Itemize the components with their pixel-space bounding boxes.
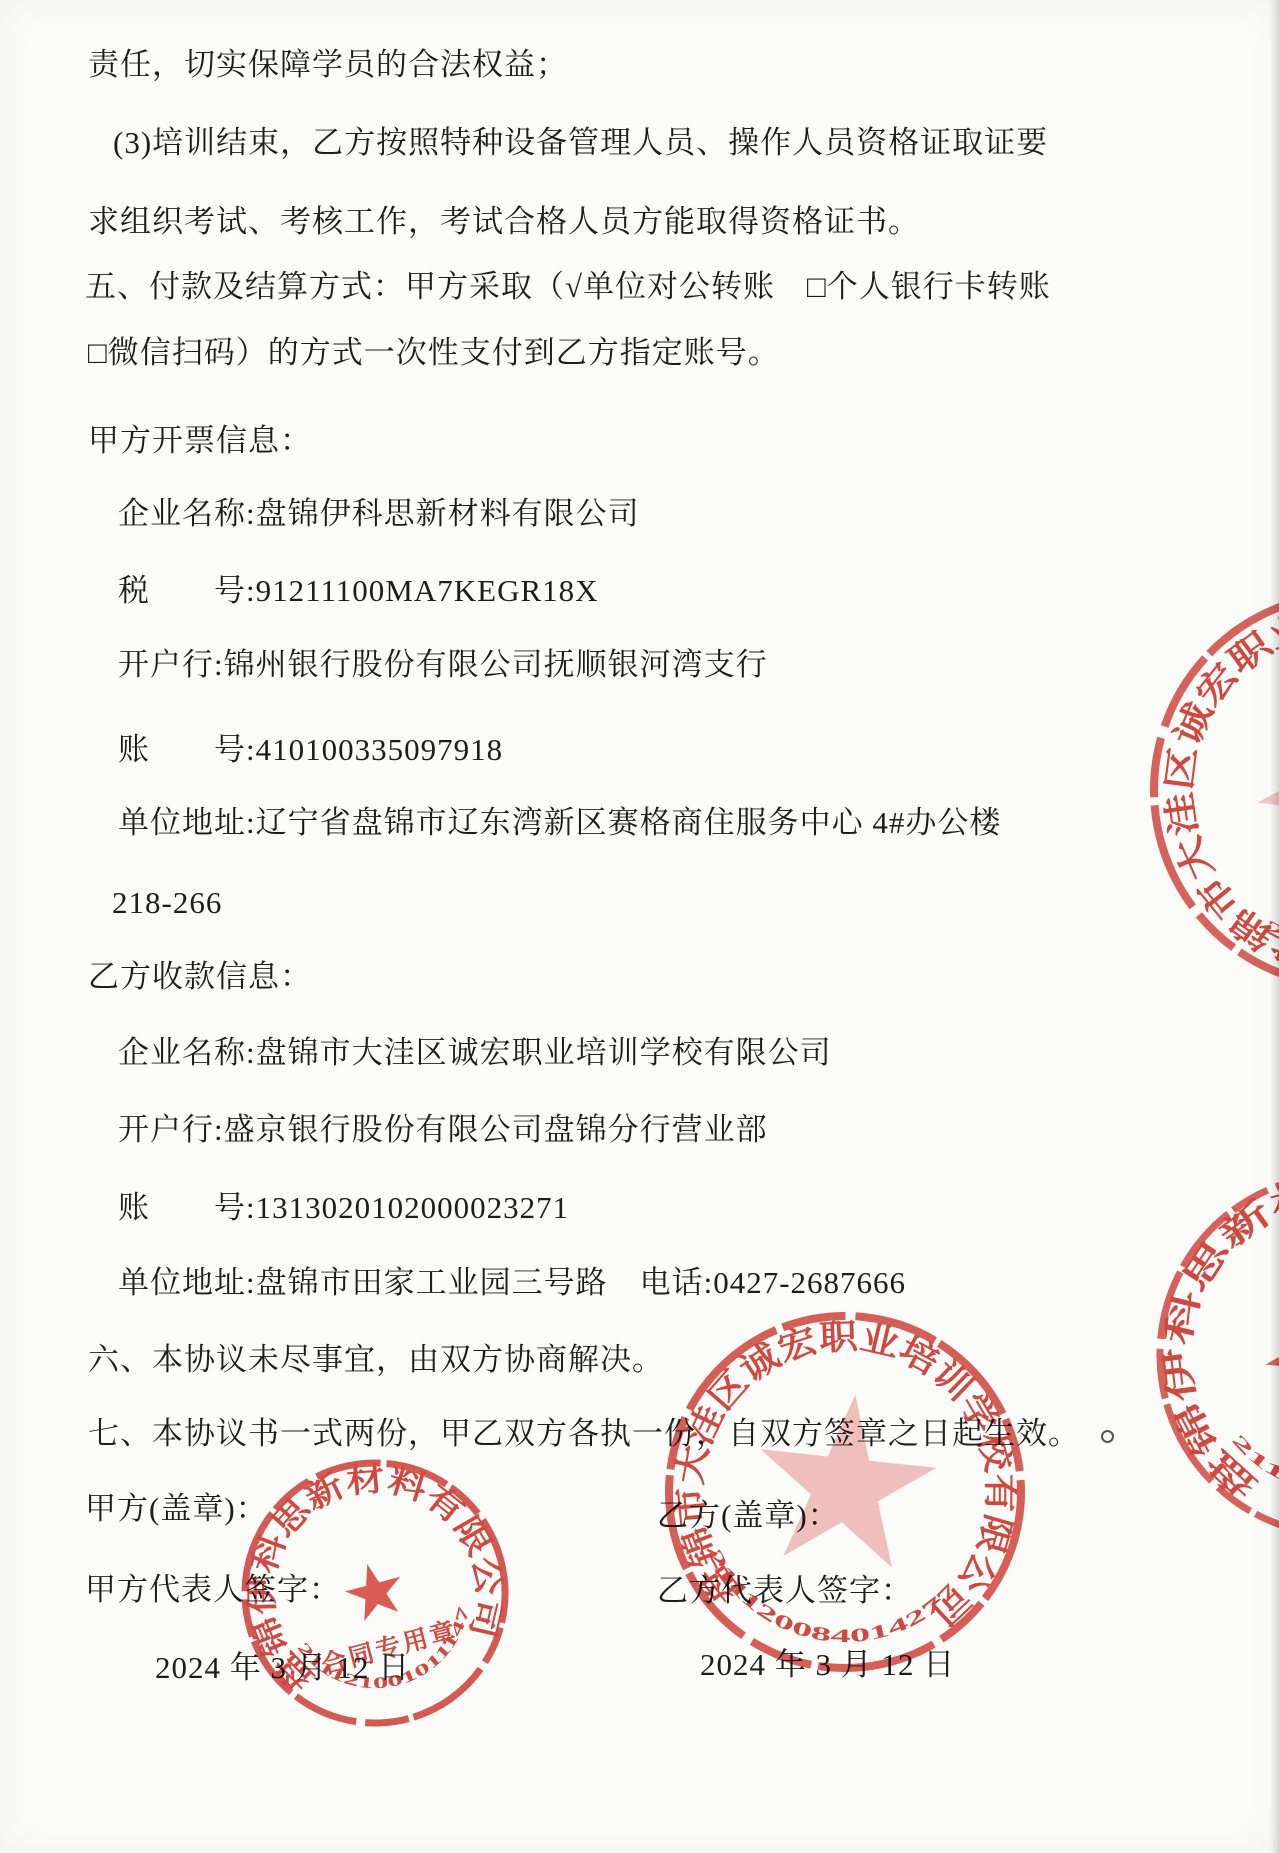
seal-ring (652, 1299, 1039, 1686)
photo-edge-shadow (1270, 0, 1279, 1853)
contract-page: 责任，切实保障学员的合法权益； (3)培训结束，乙方按照特种设备管理人员、操作人… (0, 0, 1279, 1853)
doc-line: (3)培训结束，乙方按照特种设备管理人员、操作人员资格证取证要 (113, 124, 1048, 162)
photo-speck (1101, 1430, 1114, 1443)
party-a-representative-signature-label: 甲方代表人签字： (85, 1571, 341, 1609)
party-b-seal-label: 乙方(盖章)： (657, 1497, 840, 1535)
party-b-account-number: 账 号:1313020102000023271 (118, 1189, 569, 1227)
party-b-bank: 开户行:盛京银行股份有限公司盘锦分行营业部 (118, 1111, 768, 1149)
svg-text:盘锦伊科思新材料有限公司: 盘锦伊科思新材料有限公司 (1140, 1155, 1279, 1518)
party-b-company-name: 企业名称:盘锦市大洼区诚宏职业培训学校有限公司 (118, 1034, 832, 1072)
party-a-address: 单位地址:辽宁省盘锦市辽东湾新区赛格商住服务中心 4#办公楼 (118, 804, 1001, 842)
doc-line-payment-clause: 五、付款及结算方式：甲方采取（√单位对公转账 □个人银行卡转账 (85, 268, 1051, 306)
doc-line: 责任，切实保障学员的合法权益； (88, 46, 568, 84)
party-a-bank: 开户行:锦州银行股份有限公司抚顺银河湾支行 (118, 646, 768, 684)
party-b-representative-signature-label: 乙方代表人签字： (657, 1572, 913, 1610)
party-b-address-phone: 单位地址:盘锦市田家工业园三号路 电话:0427-2687666 (118, 1264, 906, 1302)
seal-star-icon (750, 1385, 944, 1571)
section-title-party-b-payee-info: 乙方收款信息： (88, 958, 312, 996)
party-a-account-number: 账 号:410100335097918 (118, 731, 503, 769)
svg-text:盘锦市大洼区诚宏职业培训学校有限公司: 盘锦市大洼区诚宏职业培训学校有限公司 (1120, 560, 1279, 1005)
party-b-seal-edge-impression: 盘锦市大洼区诚宏职业培训学校有限公司 211120084014277 (1120, 560, 1279, 1020)
seal-ring (1140, 1155, 1279, 1555)
seal-star-icon (340, 1557, 409, 1624)
doc-line-payment-clause: □微信扫码）的方式一次性支付到乙方指定账号。 (88, 334, 780, 372)
clause-six: 六、本协议未尽事宜，由双方协商解决。 (88, 1341, 664, 1379)
party-b-company-seal: 盘锦市大洼区诚宏职业培训学校有限公司 211120084014277 (650, 1297, 1040, 1687)
party-a-company-name: 企业名称:盘锦伊科思新材料有限公司 (118, 495, 640, 533)
party-a-seal-edge-impression: 盘锦伊科思新材料有限公司 合同专用章 211121001011147 (1140, 1155, 1279, 1555)
party-a-tax-number: 税 号:91211100MA7KEGR18X (118, 572, 599, 610)
seal-company-arc-text: 盘锦伊科思新材料有限公司 (1140, 1155, 1279, 1518)
party-a-address-continued: 218-266 (112, 884, 222, 922)
section-title-party-a-invoice-info: 甲方开票信息： (88, 422, 312, 460)
clause-seven: 七、本协议书一式两份，甲乙双方各执一份，自双方签章之日起生效。 (88, 1415, 1080, 1453)
party-b-date: 2024 年 3 月 12 日 (700, 1646, 955, 1684)
seal-ring (1120, 560, 1279, 1020)
seal-company-arc-text: 盘锦市大洼区诚宏职业培训学校有限公司 (1120, 560, 1279, 1005)
party-a-seal-label: 甲方(盖章)： (85, 1490, 268, 1528)
party-a-date: 2024 年 3 月 12 日 (155, 1649, 410, 1687)
doc-line: 求组织考试、考核工作，考试合格人员方能取得资格证书。 (88, 203, 920, 241)
